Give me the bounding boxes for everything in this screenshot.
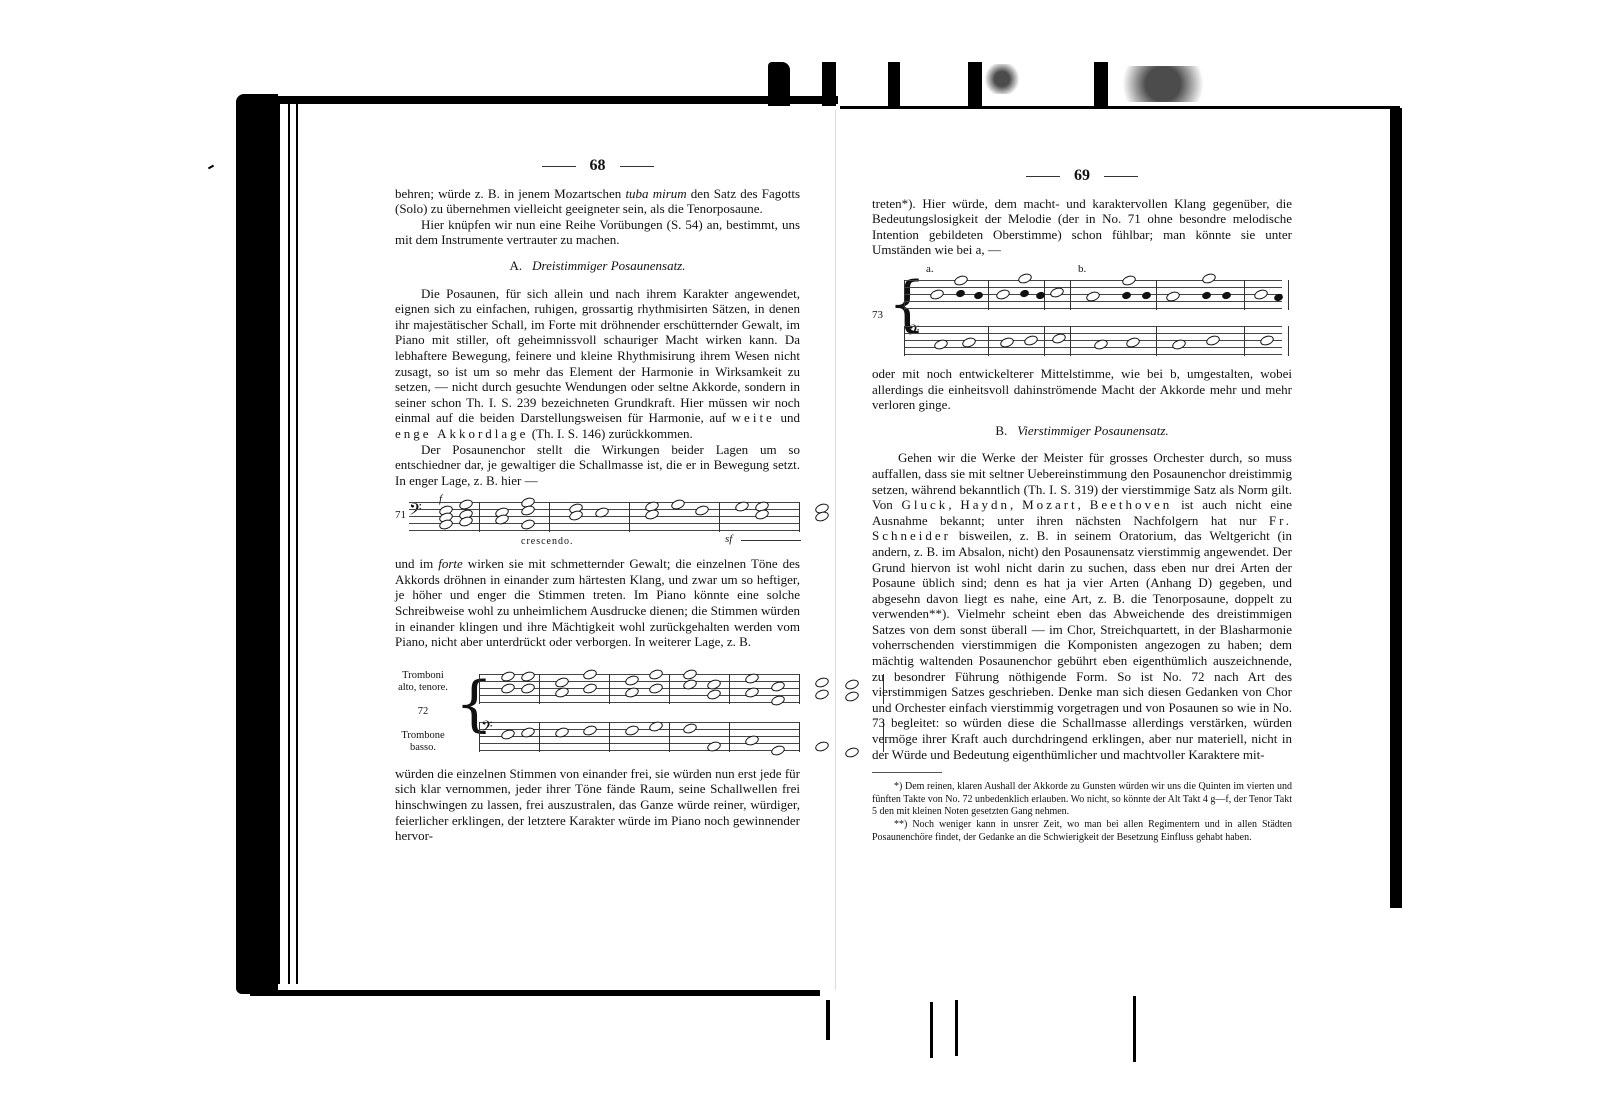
paragraph: Hier knüpfen wir nun eine Reihe Vorübung… bbox=[395, 217, 800, 248]
scan-artifact bbox=[822, 62, 836, 106]
paragraph: treten*). Hier würde, dem macht- und kar… bbox=[872, 196, 1292, 258]
example-number: 71 bbox=[395, 508, 406, 524]
instrument-label: Trombonialto, tenore. bbox=[387, 670, 459, 694]
dynamic-marking: sf bbox=[725, 532, 732, 548]
paragraph: Gehen wir die Werke der Meister für gros… bbox=[872, 450, 1292, 762]
right-page: 69 treten*). Hier würde, dem macht- und … bbox=[872, 168, 1292, 844]
crescendo-marking: crescendo. bbox=[521, 534, 573, 550]
decrescendo-hairpin bbox=[741, 540, 801, 541]
paragraph: Die Posaunen, für sich allein und nach i… bbox=[395, 286, 800, 442]
book-spine-left bbox=[236, 94, 278, 994]
book-gutter bbox=[835, 110, 836, 990]
variant-label-b: b. bbox=[1078, 262, 1086, 278]
scan-artifact bbox=[826, 1000, 830, 1040]
paragraph: und im forte wirken sie mit schmetternde… bbox=[395, 556, 800, 650]
lower-staff bbox=[479, 722, 800, 752]
footnote: *) Dem reinen, klaren Aushall der Akkord… bbox=[872, 781, 1292, 819]
page-edge bbox=[278, 104, 290, 984]
instrument-label: Trombonebasso. bbox=[387, 730, 459, 754]
scan-artifact bbox=[1094, 62, 1108, 106]
page-edge bbox=[290, 104, 298, 984]
scan-artifact bbox=[208, 165, 214, 170]
footnotes: *) Dem reinen, klaren Aushall der Akkord… bbox=[872, 781, 1292, 844]
book-bottom-edge-left bbox=[250, 990, 820, 996]
lower-staff bbox=[904, 326, 1282, 356]
scan-artifact bbox=[982, 64, 1022, 94]
book-right-edge bbox=[1390, 108, 1402, 908]
scan-artifact bbox=[1108, 66, 1218, 102]
paragraph: oder mit noch entwickelterer Mittelstimm… bbox=[872, 366, 1292, 413]
example-number: 73 bbox=[872, 308, 883, 324]
bass-clef-icon: 𝄢 bbox=[481, 718, 493, 738]
footnote-divider bbox=[872, 772, 942, 773]
music-example-72: Trombonialto, tenore. 72 Trombonebasso. … bbox=[395, 664, 800, 760]
scan-artifact bbox=[888, 62, 900, 106]
book-top-edge-right bbox=[840, 106, 1400, 109]
page-number: 69 bbox=[872, 168, 1292, 184]
example-number: 72 bbox=[387, 706, 459, 718]
section-heading: A.Dreistimmiger Posaunensatz. bbox=[395, 258, 800, 274]
scan-artifact bbox=[968, 62, 982, 106]
paragraph: würden die einzelnen Stimmen von einande… bbox=[395, 766, 800, 844]
paragraph: Der Posaunenchor stellt die Wirkungen be… bbox=[395, 442, 800, 489]
music-example-71: 71 𝄢 f crescendo. sf bbox=[395, 496, 800, 550]
paragraph: behren; würde z. B. in jenem Mozartschen… bbox=[395, 186, 800, 217]
footnote: **) Noch weniger kann in unsrer Zeit, wo… bbox=[872, 819, 1292, 844]
scan-artifact bbox=[930, 1002, 933, 1058]
upper-staff bbox=[904, 280, 1282, 310]
page-number: 68 bbox=[395, 158, 800, 174]
music-example-73: a. b. 73 { 𝄢 bbox=[872, 266, 1292, 360]
variant-label-a: a. bbox=[926, 262, 934, 278]
book-top-edge-left bbox=[278, 96, 838, 104]
section-heading: B.Vierstimmiger Posaunensatz. bbox=[872, 423, 1292, 439]
scan-artifact bbox=[1133, 996, 1136, 1062]
scan-artifact bbox=[955, 1000, 958, 1056]
upper-staff bbox=[479, 674, 800, 704]
left-page: 68 behren; würde z. B. in jenem Mozartsc… bbox=[395, 158, 800, 844]
scan-artifact bbox=[768, 62, 790, 106]
